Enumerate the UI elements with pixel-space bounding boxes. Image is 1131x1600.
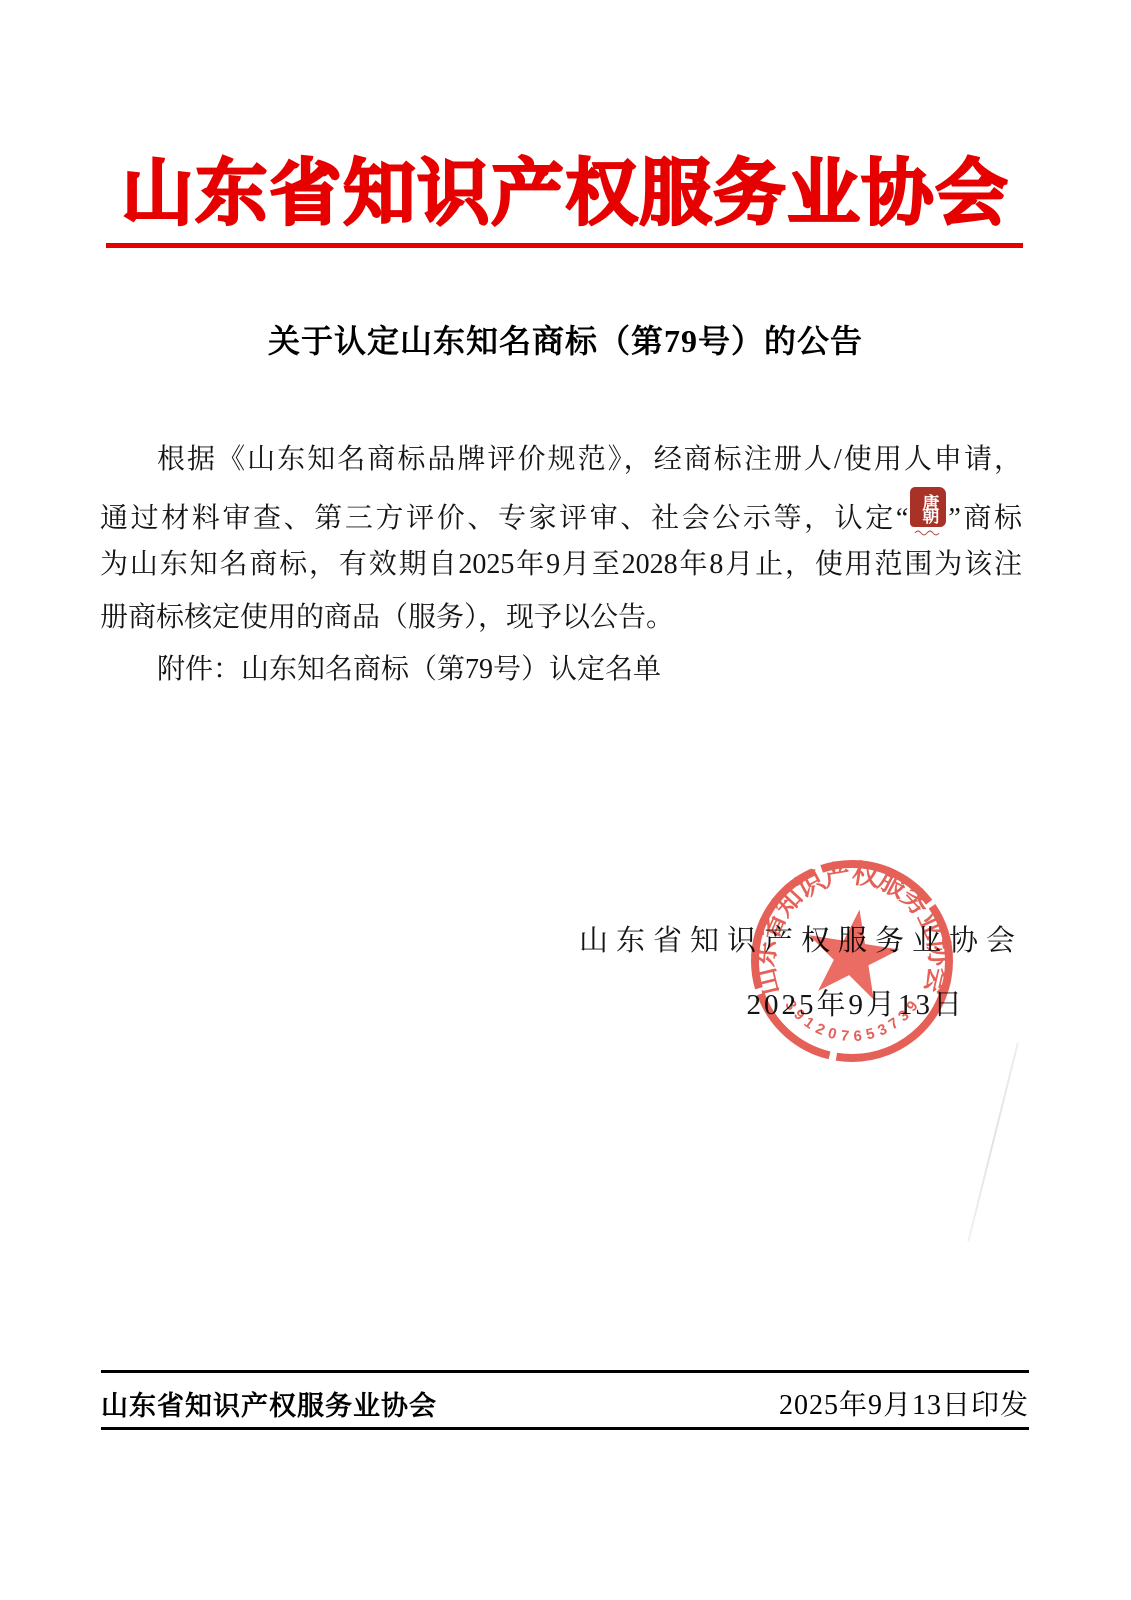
paragraph-line-3: 为山东知名商标，有效期自2025年9月至2028年8月止，使用范围为该注: [100, 539, 1022, 592]
paragraph-line-4: 册商标核定使用的商品（服务），现予以公告。: [100, 592, 1022, 645]
footer-bottom-rule: [101, 1427, 1029, 1430]
official-seal: 山东省知识产权服务业协会 391207653739: [742, 851, 962, 1071]
trademark-logo: 唐朝: [908, 487, 948, 537]
paragraph-line-1: 根据《山东知名商标品牌评价规范》，经商标注册人/使用人申请，: [100, 434, 1022, 487]
letterhead-red-rule: [106, 243, 1023, 248]
seal-code-number: 391207653739: [781, 997, 921, 1045]
scan-crease-artifact: [967, 1043, 1019, 1242]
svg-text:391207653739: 391207653739: [781, 997, 921, 1045]
body-paragraph: 根据《山东知名商标品牌评价规范》，经商标注册人/使用人申请， 通过材料审查、第三…: [100, 434, 1022, 697]
footer-print-date: 2025年9月13日印发: [779, 1383, 1029, 1423]
document-title: 关于认定山东知名商标（第79号）的公告: [0, 316, 1131, 362]
trademark-logo-script-flourish: [914, 528, 944, 536]
paragraph-line-2: 通过材料审查、第三方评价、专家评审、社会公示等，认定“ 唐朝 ”商标: [100, 487, 1022, 540]
paragraph-line-2-text-post: ”商标: [948, 503, 1022, 534]
footer-row: 山东省知识产权服务业协会 2025年9月13日印发: [101, 1381, 1029, 1425]
trademark-logo-characters: 唐朝: [919, 494, 937, 520]
seal-star: [801, 902, 905, 1002]
letterhead-org-title: 山东省知识产权服务业协会: [0, 148, 1131, 240]
footer-org-name: 山东省知识产权服务业协会: [101, 1384, 437, 1423]
trademark-logo-box: 唐朝: [910, 487, 946, 527]
footer-top-rule: [101, 1370, 1029, 1373]
paragraph-line-2-text-pre: 通过材料审查、第三方评价、专家评审、社会公示等，认定“: [100, 503, 908, 534]
attachment-line: 附件：山东知名商标（第79号）认定名单: [100, 644, 1022, 697]
document-page: 山东省知识产权服务业协会 关于认定山东知名商标（第79号）的公告 根据《山东知名…: [0, 0, 1131, 1600]
